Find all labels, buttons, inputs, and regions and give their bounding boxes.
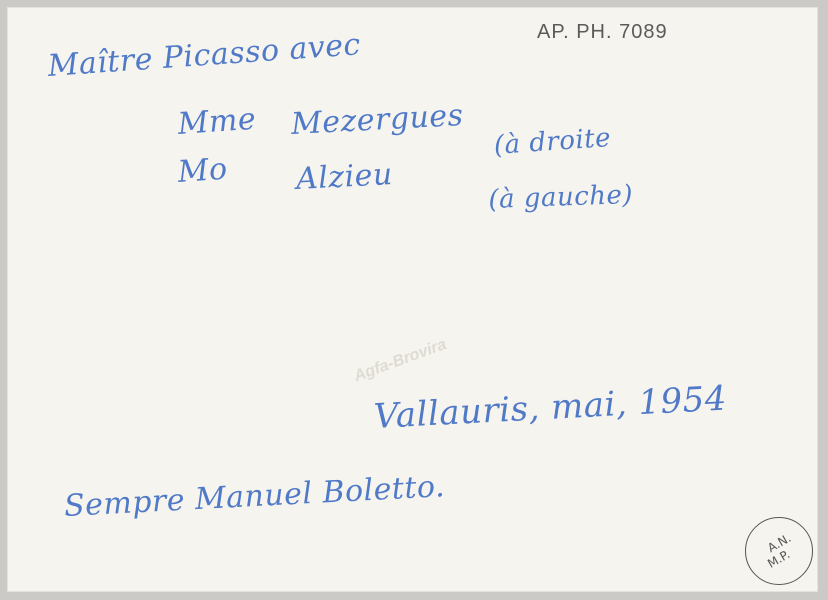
caption-line-3-name: Alzieu — [295, 157, 393, 197]
caption-line-1: Maître Picasso avec — [47, 27, 362, 84]
caption-line-3-note: (à gauche) — [488, 180, 634, 215]
photo-card-verso: AP. PH. 7089 Maître Picasso avec Mme Mez… — [7, 7, 818, 592]
archive-reference-number: AP. PH. 7089 — [537, 21, 668, 44]
archive-stamp: A.N. M.P. — [745, 517, 813, 585]
agfa-brovira-watermark: Agfa-Brovira — [352, 336, 449, 386]
place-and-date: Vallauris, mai, 1954 — [373, 379, 728, 437]
caption-line-2-name: Mezergues — [290, 98, 464, 142]
caption-line-2-prefix: Mme — [177, 102, 258, 142]
caption-line-3-prefix: Mo — [177, 152, 229, 190]
signature: Sempre Manuel Boletto. — [63, 469, 446, 524]
caption-line-2-note: (à droite — [493, 123, 612, 161]
